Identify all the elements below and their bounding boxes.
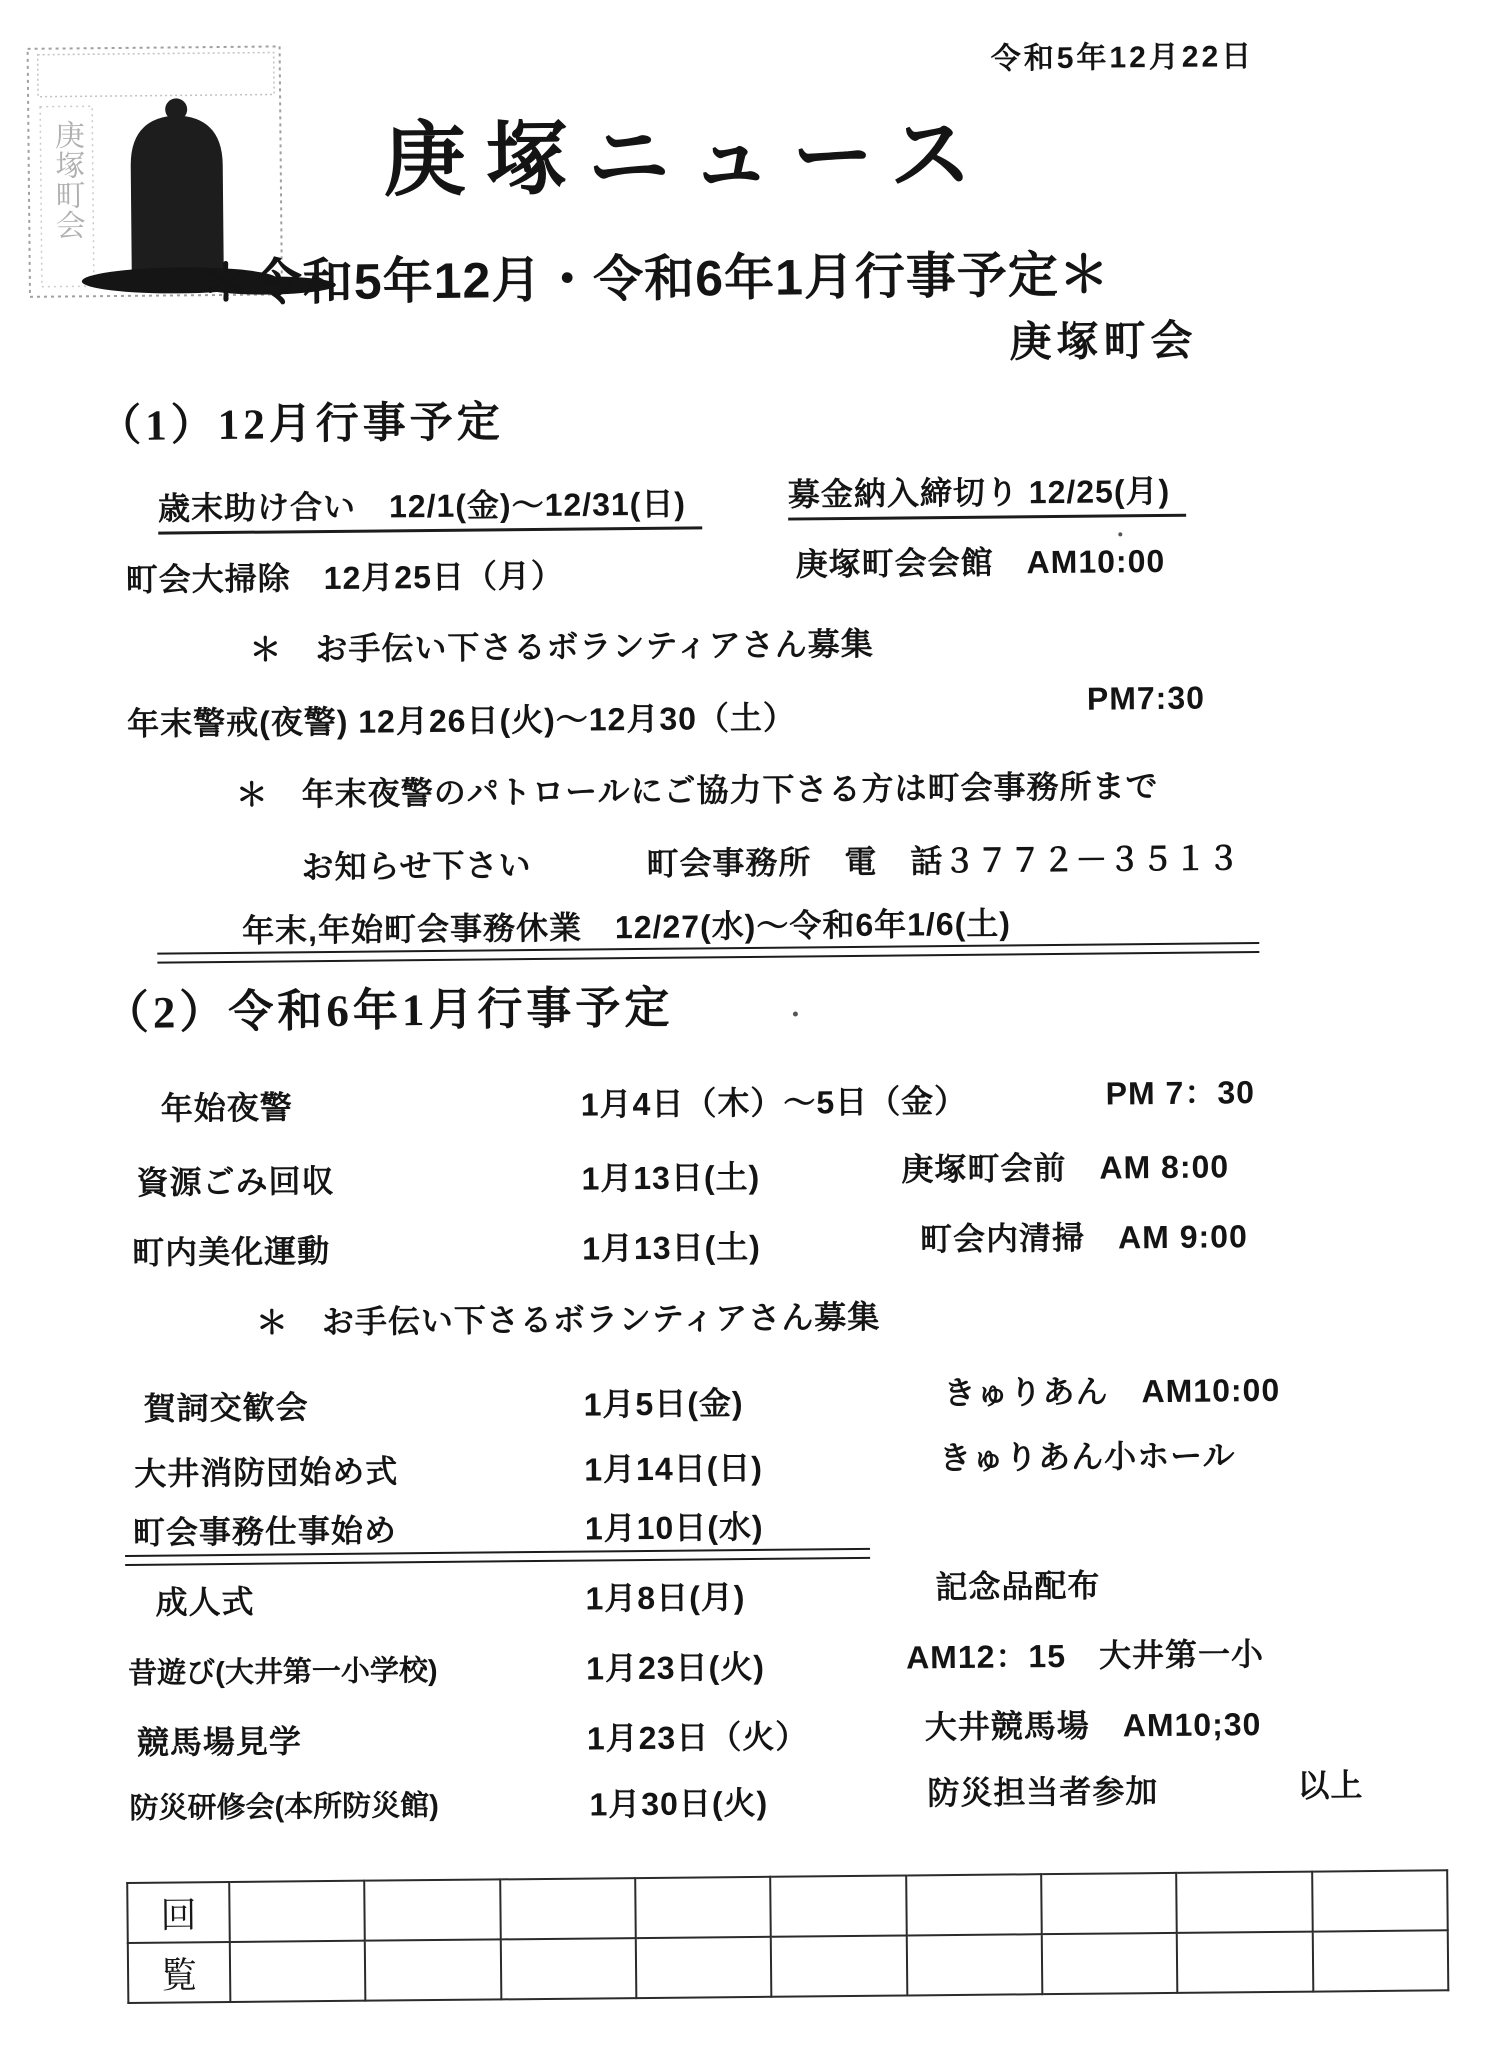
schedule-subtitle: ＊令和5年12月・令和6年1月行事予定＊: [200, 234, 1110, 315]
circulation-cell: [771, 1935, 907, 1996]
circulation-table: 回 覧: [126, 1869, 1449, 2004]
scan-speck: [793, 1011, 798, 1016]
event-cleanup-place: 庚塚町会会館 AM10:00: [795, 536, 1165, 586]
circulation-cell: [1177, 1932, 1313, 1993]
scan-speck: [1118, 532, 1122, 536]
event-date: 1月8日(月): [585, 1572, 745, 1620]
issue-date: 令和5年12月22日: [991, 31, 1255, 78]
circulation-cell: [770, 1875, 906, 1936]
event-name: 競馬場見学: [137, 1716, 302, 1764]
event-note: PM 7：30: [1105, 1067, 1255, 1114]
event-night-watch: 年末警戒(夜警) 12月26日(火)～12月30（土）: [127, 692, 796, 744]
event-note: 防災担当者参加: [927, 1766, 1158, 1814]
circulation-cell: [635, 1877, 771, 1938]
circulation-cell: [1041, 1873, 1177, 1934]
event-cleanup: 町会大掃除 12月25日（月）: [125, 551, 564, 601]
volunteer-note-december: ＊ お手伝い下さるボランティアさん募集: [249, 619, 874, 671]
event-note: きゅりあん AM10:00: [943, 1365, 1280, 1414]
circulation-cell: [229, 1881, 365, 1942]
event-name: 年始夜警: [161, 1082, 293, 1129]
event-name: 昔遊び(大井第一小学校): [128, 1648, 438, 1692]
event-note: 大井競馬場 AM10;30: [925, 1699, 1262, 1748]
office-phone: 町会事務所 電 話３７７２－３５１３: [646, 833, 1240, 885]
event-night-watch-time: PM7:30: [1087, 680, 1205, 718]
newsletter-title: 庚塚ニュース: [383, 90, 992, 213]
event-date: 1月10日(水): [585, 1502, 764, 1550]
event-row: 歳末助け合い 12/1(金)～12/31(日): [158, 478, 702, 529]
volunteer-note-january: ＊ お手伝い下さるボランティアさん募集: [256, 1292, 881, 1344]
event-note: 町会内清掃 AM 9:00: [920, 1211, 1248, 1260]
event-name: 大井消防団始め式: [134, 1446, 398, 1495]
event-note: きゅりあん小ホール: [939, 1430, 1236, 1479]
section1-heading: （1）12月行事予定: [98, 388, 504, 453]
event-date: 1月5日(金): [583, 1378, 743, 1426]
circulation-cell: [1042, 1933, 1178, 1994]
event-date: 1月13日(土): [582, 1222, 761, 1270]
circulation-cell: [500, 1878, 636, 1939]
event-name: 町会事務仕事始め: [133, 1505, 397, 1554]
event-date: 1月14日(日): [584, 1443, 763, 1491]
circulation-cell: [636, 1937, 772, 1998]
donation-deadline: 募金納入締切り 12/25(月): [788, 473, 1187, 521]
event-name: 防災研修会(本所防災館): [129, 1783, 439, 1827]
circulation-cell: [1312, 1870, 1448, 1931]
event-date: 1月30日(火): [589, 1778, 768, 1826]
svg-text:庚塚町会: 庚塚町会: [50, 119, 86, 241]
patrol-note-continued: お知らせ下さい: [301, 840, 531, 888]
event-row: 募金納入締切り 12/25(月): [788, 466, 1187, 516]
circulation-cell: [365, 1879, 501, 1940]
circulation-cell: [230, 1941, 366, 2002]
scanned-newsletter-page: 庚塚町会 令和5年12月22日 庚塚ニュース ＊令和5年12月・令和6年1月行事…: [0, 0, 1490, 2048]
organization-name: 庚塚町会: [1009, 308, 1198, 370]
page-content: 庚塚町会 令和5年12月22日 庚塚ニュース ＊令和5年12月・令和6年1月行事…: [0, 0, 1490, 2048]
event-name: 成人式: [155, 1577, 254, 1624]
office-closed-row: 年末,年始町会事務休業 12/27(水)～令和6年1/6(土): [242, 898, 1011, 951]
event-name: 賀詞交歓会: [143, 1382, 308, 1430]
circulation-cell: [906, 1934, 1042, 1995]
circulation-label-top: 回: [127, 1882, 230, 1943]
event-note: 記念品配布: [935, 1561, 1100, 1609]
circulation-row-bottom: 覧: [128, 1930, 1449, 2003]
event-yearend-help: 歳末助け合い 12/1(金)～12/31(日): [158, 485, 702, 534]
event-note: 庚塚町会前 AM 8:00: [901, 1141, 1229, 1190]
circulation-cell: [1312, 1930, 1448, 1991]
event-date: 1月23日（火）: [587, 1711, 809, 1759]
event-date: 1月4日（木）～5日（金）: [581, 1076, 968, 1126]
circulation-cell: [365, 1939, 501, 2000]
event-name: 町内美化運動: [132, 1226, 330, 1274]
section2-heading: （2）令和6年1月行事予定: [104, 971, 674, 1041]
event-note: AM12：15 大井第一小: [906, 1629, 1264, 1678]
circulation-cell: [500, 1938, 636, 1999]
patrol-note: ＊ 年末夜警のパトロールにご協力下さる方は町会事務所まで: [236, 761, 1159, 816]
circulation-cell: [906, 1874, 1042, 1935]
event-date: 1月13日(土): [581, 1152, 760, 1200]
circulation-cell: [1176, 1872, 1312, 1933]
circulation-label-bottom: 覧: [128, 1942, 231, 2003]
event-name: 資源ごみ回収: [136, 1156, 334, 1204]
closing-word: 以上: [1297, 1760, 1363, 1807]
event-date: 1月23日(火): [586, 1642, 765, 1690]
